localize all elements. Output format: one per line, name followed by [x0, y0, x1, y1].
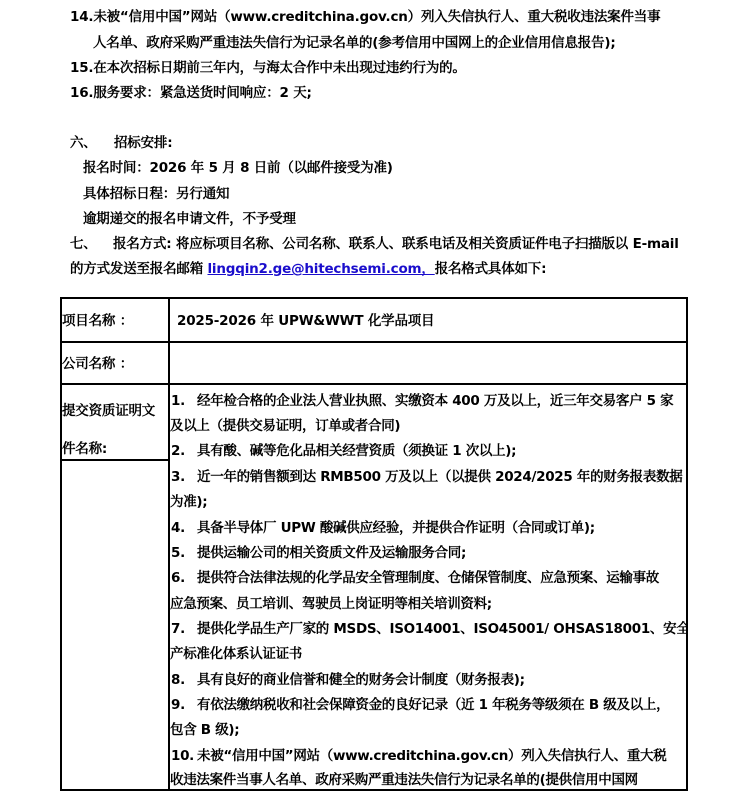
qualification-item-2: 2.具有酸、碱等危化品相关经营资质（须换证 1 次以上); — [170, 442, 686, 460]
section-number: 六、 — [70, 134, 114, 152]
qualification-item-3-cont: 为准); — [170, 493, 686, 511]
company-name-label: 公司名称 ： — [62, 355, 133, 373]
qualification-item-6: 6.提供符合法律法规的化学品安全管理制度、仓储保管制度、应急预案、运输事故 — [170, 569, 686, 587]
qualification-label-line2: 件名称: — [62, 440, 107, 458]
item-number: 6. — [170, 569, 197, 587]
project-name-value: 2025-2026 年 UPW&WWT 化学品项目 — [177, 312, 434, 330]
requirement-number: 15. — [70, 60, 93, 76]
item-number: 5. — [170, 544, 197, 562]
requirement-14-line2: 人名单、政府采购严重违法失信行为记录名单的(参考信用中国网上的企业信用信息报告)… — [93, 34, 616, 52]
item-number: 4. — [170, 519, 197, 537]
item-text: 未被“信用中国”网站（www.creditchina.gov.cn）列入失信执行… — [197, 748, 666, 764]
section7-text: 报名方式: 将应标项目名称、公司名称、联系人、联系电话及相关资质证件电子扫描版以… — [113, 236, 679, 252]
late-notice: 逾期递交的报名申请文件，不予受理 — [83, 210, 296, 228]
item-number: 1. — [170, 392, 197, 410]
requirement-number: 14. — [70, 9, 93, 25]
item-number: 9. — [170, 696, 197, 714]
item-text: 近一年的销售额到达 RMB500 万及以上（以提供 2024/2025 年的财务… — [197, 469, 682, 485]
qualification-item-4: 4.具备半导体厂 UPW 酸碱供应经验，并提供合作证明（合同或订单); — [170, 519, 686, 537]
requirement-number: 16. — [70, 85, 93, 101]
item-text: 具有良好的商业信誉和健全的财务会计制度（财务报表); — [197, 672, 525, 688]
item-text: 提供符合法律法规的化学品安全管理制度、仓储保管制度、应急预案、运输事故 — [197, 570, 659, 586]
item-number: 3. — [170, 468, 197, 486]
schedule: 具体招标日程：另行通知 — [83, 185, 229, 203]
qualification-item-10-cont: 收违法案件当事人名单、政府采购严重违法失信行为记录名单的(提供信用中国网 — [170, 771, 686, 789]
section7-prefix: 的方式发送至报名邮箱 — [70, 261, 208, 277]
requirement-text: 未被“信用中国”网站（www.creditchina.gov.cn）列入失信执行… — [93, 9, 660, 25]
item-number: 7. — [170, 620, 197, 638]
qualification-item-7: 7.提供化学品生产厂家的 MSDS、ISO14001、ISO45001/ OHS… — [170, 620, 686, 638]
requirement-14-line1: 14.未被“信用中国”网站（www.creditchina.gov.cn）列入失… — [70, 8, 660, 26]
section7-line1: 七、报名方式: 将应标项目名称、公司名称、联系人、联系电话及相关资质证件电子扫描… — [70, 235, 679, 253]
requirement-text: 服务要求：紧急送货时间响应：2 天; — [93, 85, 311, 101]
item-number: 2. — [170, 442, 197, 460]
requirement-text: 在本次招标日期前三年内，与海太合作中未出现过违约行为的。 — [93, 60, 465, 76]
section7-suffix: 报名格式具体如下: — [435, 261, 547, 277]
row-divider — [62, 341, 686, 343]
qualification-item-1-cont: 及以上（提供交易证明，订单或者合同) — [170, 417, 686, 435]
row-divider — [62, 383, 686, 385]
item-number: 10. — [170, 747, 197, 765]
qualification-item-3: 3.近一年的销售额到达 RMB500 万及以上（以提供 2024/2025 年的… — [170, 468, 686, 486]
qualification-item-10: 10.未被“信用中国”网站（www.creditchina.gov.cn）列入失… — [170, 747, 686, 765]
item-text: 提供化学品生产厂家的 MSDS、ISO14001、ISO45001/ OHSAS… — [197, 621, 686, 637]
item-number: 8. — [170, 671, 197, 689]
qualification-item-8: 8.具有良好的商业信誉和健全的财务会计制度（财务报表); — [170, 671, 686, 689]
item-text: 提供运输公司的相关资质文件及运输服务合同; — [197, 545, 466, 561]
item-text: 具备半导体厂 UPW 酸碱供应经验，并提供合作证明（合同或订单); — [197, 520, 595, 536]
item-text: 经年检合格的企业法人营业执照、实缴资本 400 万及以上，近三年交易客户 5 家 — [197, 393, 673, 409]
qualification-item-5: 5.提供运输公司的相关资质文件及运输服务合同; — [170, 544, 686, 562]
registration-form-table: 项目名称 ： 2025-2026 年 UPW&WWT 化学品项目 公司名称 ： … — [60, 297, 688, 791]
section7-line2: 的方式发送至报名邮箱 lingqin2.ge@hitechsemi.com，报名… — [70, 260, 546, 278]
section-number: 七、 — [70, 235, 113, 253]
qualification-item-1: 1.经年检合格的企业法人营业执照、实缴资本 400 万及以上，近三年交易客户 5… — [170, 392, 686, 410]
item-text: 具有酸、碱等危化品相关经营资质（须换证 1 次以上); — [197, 443, 516, 459]
qualification-item-9: 9.有依法缴纳税收和社会保障资金的良好记录（近 1 年税务等级须在 B 级及以上… — [170, 696, 686, 714]
requirement-16: 16.服务要求：紧急送货时间响应：2 天; — [70, 84, 312, 102]
section-title: 招标安排: — [114, 135, 172, 151]
project-name-label: 项目名称 ： — [62, 312, 133, 330]
qualification-label-line1: 提交资质证明文 — [62, 402, 155, 420]
qualification-item-9-cont: 包含 B 级); — [170, 721, 686, 739]
requirement-15: 15.在本次招标日期前三年内，与海太合作中未出现过违约行为的。 — [70, 59, 466, 77]
qualification-item-7-cont: 产标准化体系认证证书 — [170, 645, 686, 663]
registration-time: 报名时间：2026 年 5 月 8 日前（以邮件接受为准) — [83, 159, 393, 177]
label-underline — [62, 459, 168, 461]
section6-heading: 六、招标安排: — [70, 134, 172, 152]
qualification-item-6-cont: 应急预案、员工培训、驾驶员上岗证明等相关培训资料; — [170, 595, 686, 613]
company-name-value[interactable] — [177, 355, 677, 373]
item-text: 有依法缴纳税收和社会保障资金的良好记录（近 1 年税务等级须在 B 级及以上， — [197, 697, 669, 713]
email-link[interactable]: lingqin2.ge@hitechsemi.com， — [208, 261, 435, 277]
